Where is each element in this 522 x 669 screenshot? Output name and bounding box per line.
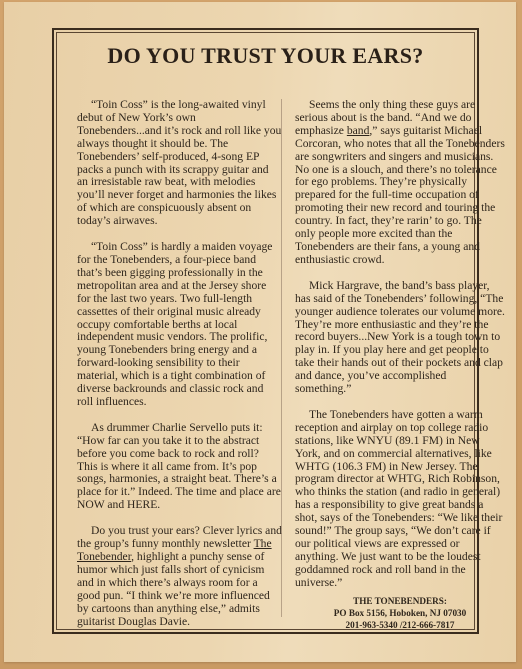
contact-phones: 201-963-5340 /212-666-7817 [295,619,505,631]
emphasized-word: band [347,124,370,137]
paragraph-band-focus: Seems the only thing these guys are seri… [295,99,505,267]
paragraph-intro: “Toin Coss” is the long-awaited vinyl de… [77,99,282,228]
left-column: “Toin Coss” is the long-awaited vinyl de… [77,99,282,641]
text-segment: Do you trust your ears? Clever lyrics an… [77,524,282,550]
contact-address: PO Box 5156, Hoboken, NJ 07030 [295,607,505,619]
paragraph-bassist-quote: Mick Hargrave, the band’s bass player, h… [295,280,505,396]
contact-block: THE TONEBENDERS: PO Box 5156, Hoboken, N… [295,595,505,631]
paragraph-drummer-quote: As drummer Charlie Servello puts it: “Ho… [77,422,282,512]
page-border-frame: DO YOU TRUST YOUR EARS? “Toin Coss” is t… [52,28,479,634]
text-segment: ,” says guitarist Michael Corcoran, who … [295,124,505,266]
paragraph-history: “Toin Coss” is hardly a maiden voyage fo… [77,241,282,409]
paragraph-newsletter: Do you trust your ears? Clever lyrics an… [77,525,282,628]
press-release-sheet: DO YOU TRUST YOUR EARS? “Toin Coss” is t… [4,2,516,662]
paragraph-radio-airplay: The Tonebenders have gotten a warm recep… [295,409,505,590]
column-divider [281,99,282,617]
headline: DO YOU TRUST YOUR EARS? [57,43,474,69]
right-column: Seems the only thing these guys are seri… [295,99,505,631]
contact-name: THE TONEBENDERS: [295,595,505,607]
page-border-inner: DO YOU TRUST YOUR EARS? “Toin Coss” is t… [56,32,475,630]
